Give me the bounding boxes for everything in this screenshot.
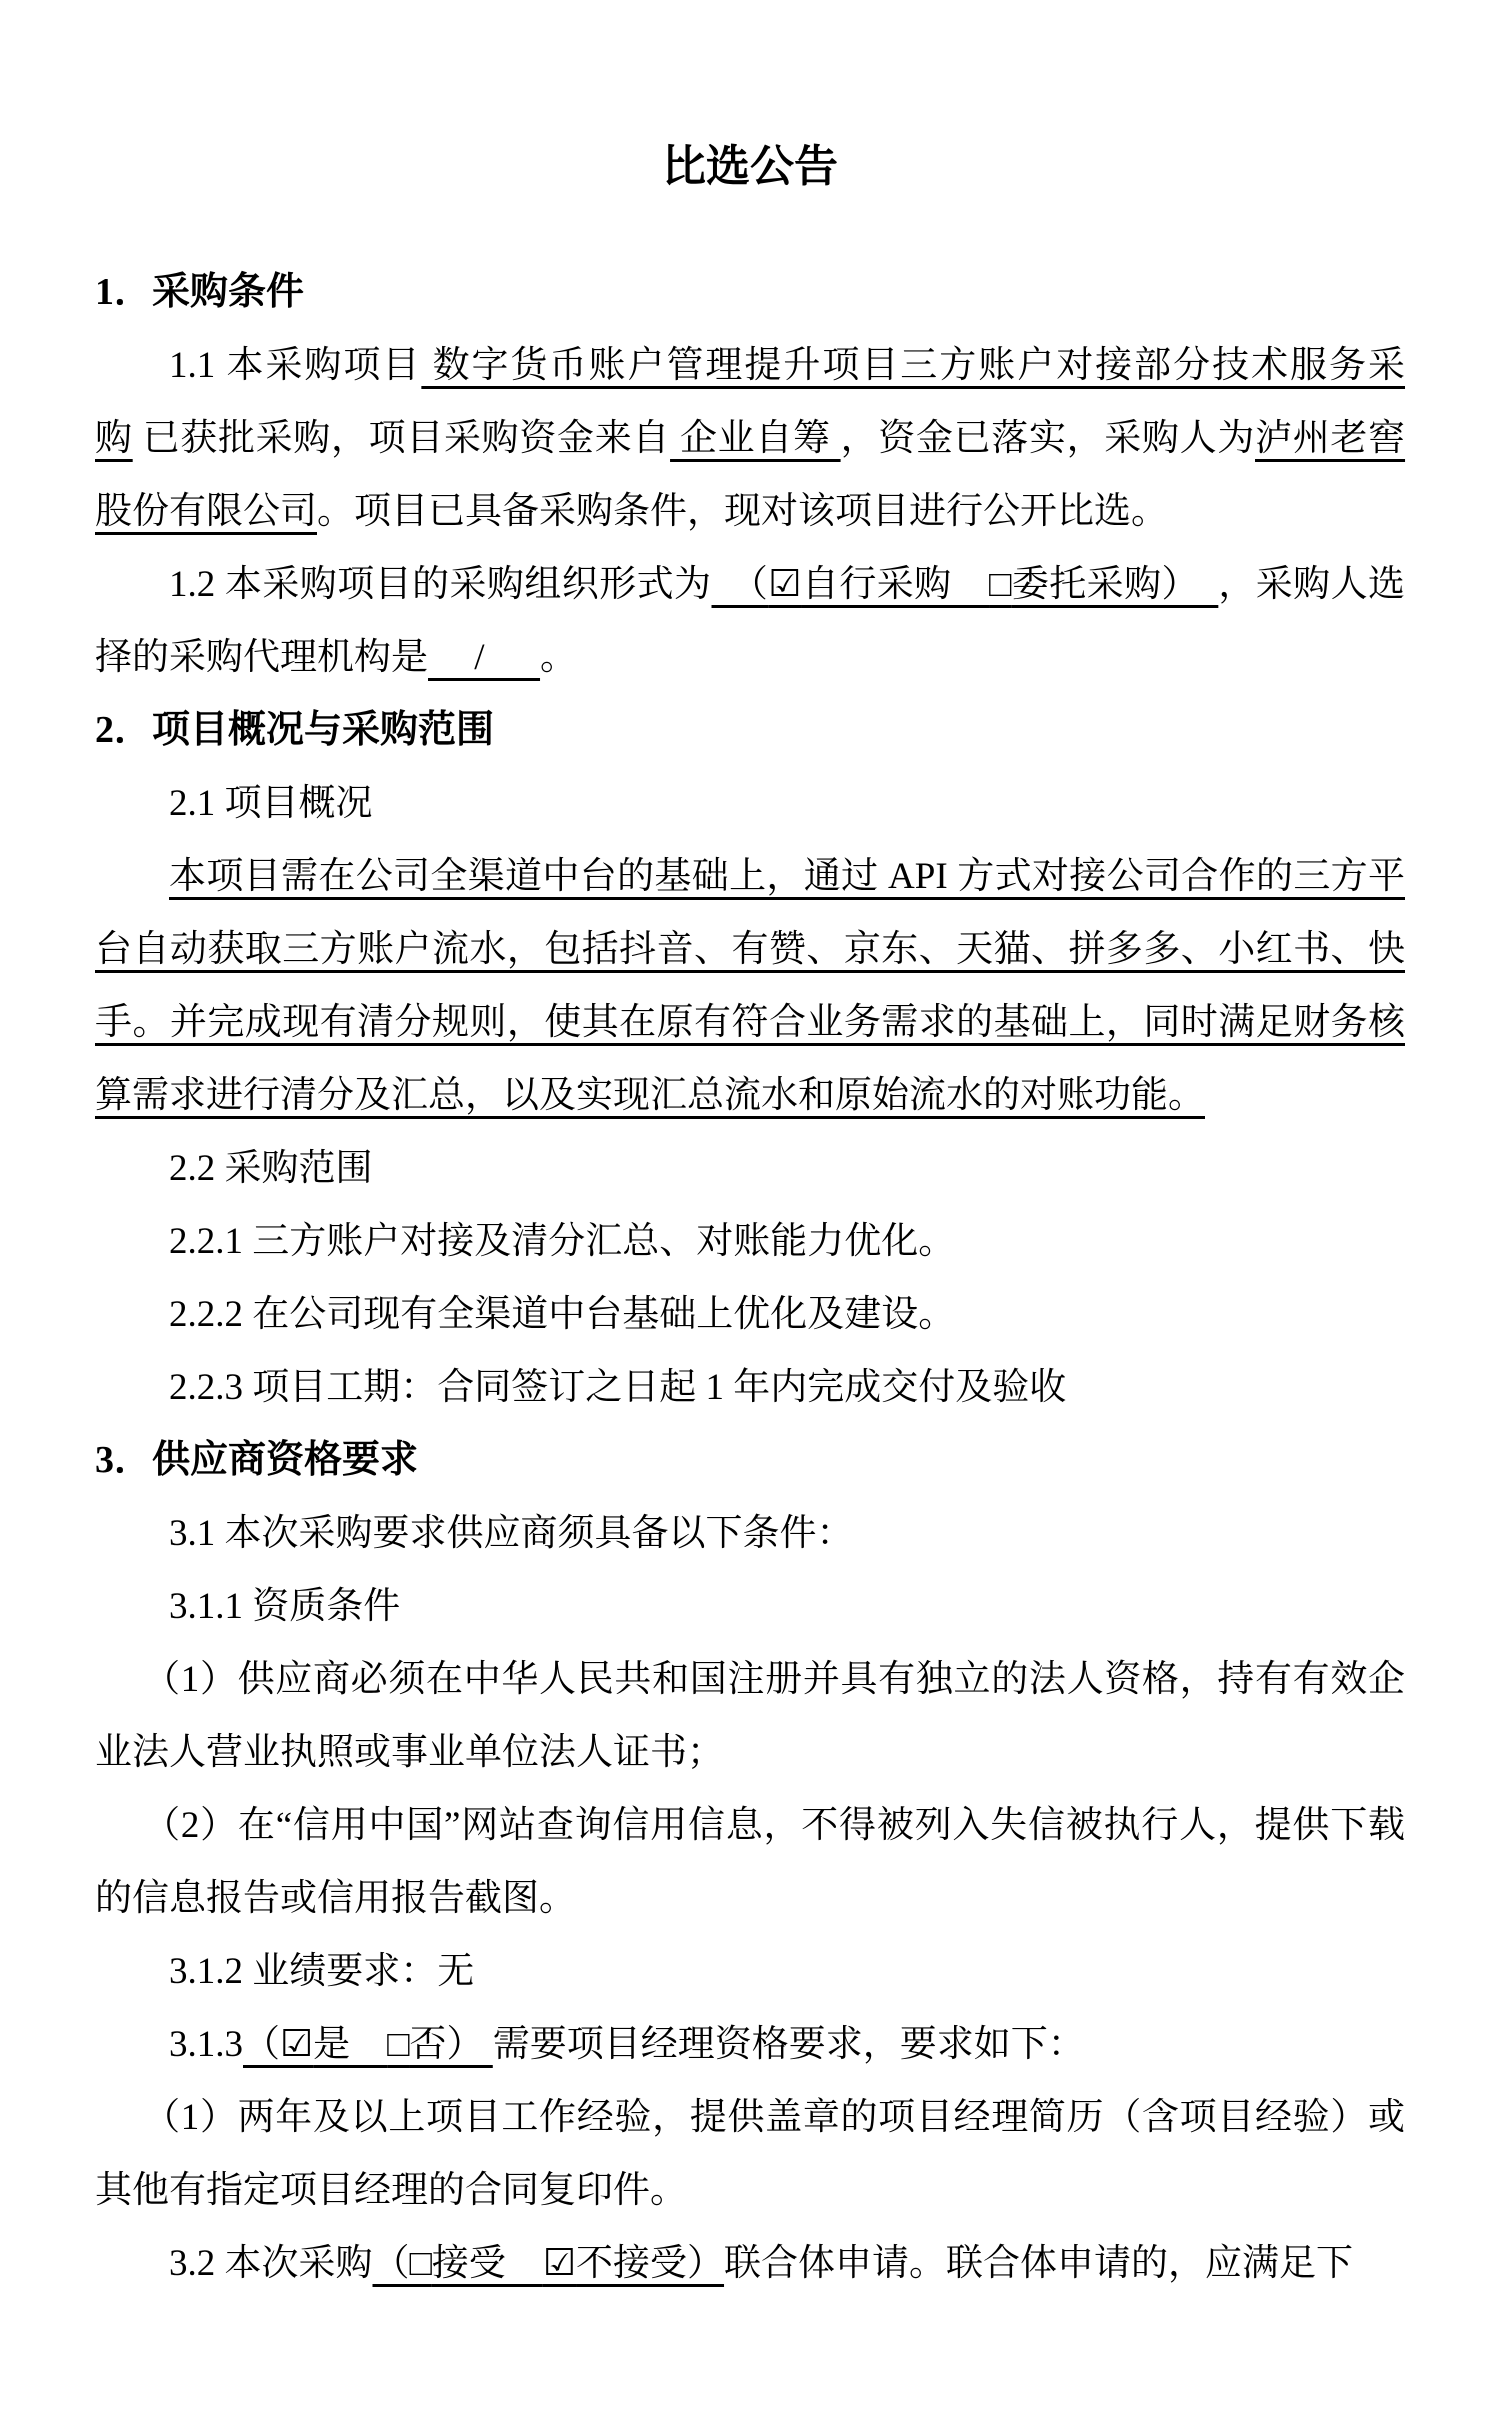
checkbox-checked-icon: ☑ [768,564,801,605]
checkbox-checked-icon: ☑ [280,2024,313,2065]
text-segment: 2．项目概况与采购范围 [95,709,494,751]
text-segment: 3.1.1 资质条件 [169,1586,400,1627]
text-segment: 已获批采购，项目采购资金来自 [133,418,670,459]
checkbox-unchecked-icon: □ [410,2243,432,2284]
text-segment: 2.2.1 三方账户对接及清分汇总、对账能力优化。 [169,1221,955,1262]
text-segment: （2）在“信用中国”网站查询信用信息，不得被列入失信被执行人，提供下载的信息报告… [95,1805,1405,1919]
paragraph: 1.2 本采购项目的采购组织形式为 （☑自行采购 □委托采购） ，采购人选择的采… [95,548,1405,694]
checkbox-checked-icon: ☑ [543,2243,576,2284]
paragraph: 2.2.1 三方账户对接及清分汇总、对账能力优化。 [95,1205,1405,1278]
paragraph: 3.1 本次采购要求供应商须具备以下条件： [95,1497,1405,1570]
text-segment: 本项目需在公司全渠道中台的基础上，通过 API 方式对接公司合作的三方平台自动获… [95,856,1405,1116]
paragraph: 2.2.3 项目工期：合同签订之日起 1 年内完成交付及验收 [95,1351,1405,1424]
paragraph: 2.2.2 在公司现有全渠道中台基础上优化及建设。 [95,1278,1405,1351]
text-segment: 2.2.3 项目工期：合同签订之日起 1 年内完成交付及验收 [169,1367,1066,1408]
text-segment: 3.2 本次采购 [169,2243,373,2284]
text-segment: 3.1 本次采购要求供应商须具备以下条件： [169,1513,854,1554]
text-segment: 企业自筹 [670,418,841,459]
text-segment: 3.1.2 业绩要求：无 [169,1951,474,1992]
text-segment: （ [373,2243,410,2284]
paragraphs: 1．采购条件1.1 本采购项目 数字货币账户管理提升项目三方账户对接部分技术服务… [95,256,1405,2300]
text-segment: （ [243,2024,280,2065]
section-heading: 3．供应商资格要求 [95,1424,1405,1497]
text-segment: 2.2 采购范围 [169,1148,373,1189]
text-segment: 。项目已具备采购条件，现对该项目进行公开比选。 [317,491,1168,532]
text-segment: 2.2.2 在公司现有全渠道中台基础上优化及建设。 [169,1294,955,1335]
text-segment: 否） [410,2024,493,2065]
paragraph: （1）供应商必须在中华人民共和国注册并具有独立的法人资格，持有有效企业法人营业执… [95,1643,1405,1789]
text-segment: 1．采购条件 [95,271,304,313]
text-segment: 自行采购 [801,564,989,605]
text-segment: 联合体申请。联合体申请的，应满足下 [724,2243,1353,2284]
paragraph: 2.1 项目概况 [95,767,1405,840]
text-segment: 委托采购） [1012,564,1219,605]
paragraph: 3.1.1 资质条件 [95,1570,1405,1643]
text-segment: 1.2 本采购项目的采购组织形式为 [169,564,712,605]
paragraph: 2.2 采购范围 [95,1132,1405,1205]
text-segment: （ [712,564,769,605]
text-segment: / [428,637,540,678]
text-segment: 。 [540,637,577,678]
text-segment: 不接受） [576,2243,724,2284]
text-segment: 3.1.3 [169,2024,243,2065]
document-title: 比选公告 [95,130,1405,203]
paragraph: （1）两年及以上项目工作经验，提供盖章的项目经理简历（含项目经验）或其他有指定项… [95,2081,1405,2227]
checkbox-unchecked-icon: □ [387,2024,409,2065]
paragraph: 本项目需在公司全渠道中台的基础上，通过 API 方式对接公司合作的三方平台自动获… [95,840,1405,1132]
document-page: 比选公告 1．采购条件1.1 本采购项目 数字货币账户管理提升项目三方账户对接部… [0,0,1500,2431]
text-segment: （1）供应商必须在中华人民共和国注册并具有独立的法人资格，持有有效企业法人营业执… [95,1659,1405,1773]
text-segment: 1.1 本采购项目 [169,345,421,386]
text-segment: 需要项目经理资格要求，要求如下： [493,2024,1085,2065]
paragraph: （2）在“信用中国”网站查询信用信息，不得被列入失信被执行人，提供下载的信息报告… [95,1789,1405,1935]
paragraph: 3.2 本次采购（□接受 ☑不接受）联合体申请。联合体申请的，应满足下 [95,2227,1405,2300]
section-heading: 1．采购条件 [95,256,1405,329]
paragraph: 1.1 本采购项目 数字货币账户管理提升项目三方账户对接部分技术服务采购 已获批… [95,329,1405,548]
text-segment: （1）两年及以上项目工作经验，提供盖章的项目经理简历（含项目经验）或其他有指定项… [95,2097,1405,2211]
checkbox-unchecked-icon: □ [989,564,1012,605]
paragraph: 3.1.2 业绩要求：无 [95,1935,1405,2008]
paragraph: 3.1.3（☑是 □否） 需要项目经理资格要求，要求如下： [95,2008,1405,2081]
text-segment: ，资金已落实，采购人为 [841,418,1255,459]
text-segment: 2.1 项目概况 [169,783,373,824]
text-segment: 3．供应商资格要求 [95,1439,418,1481]
text-segment: 接受 [432,2243,543,2284]
section-heading: 2．项目概况与采购范围 [95,694,1405,767]
text-segment: 是 [313,2024,387,2065]
